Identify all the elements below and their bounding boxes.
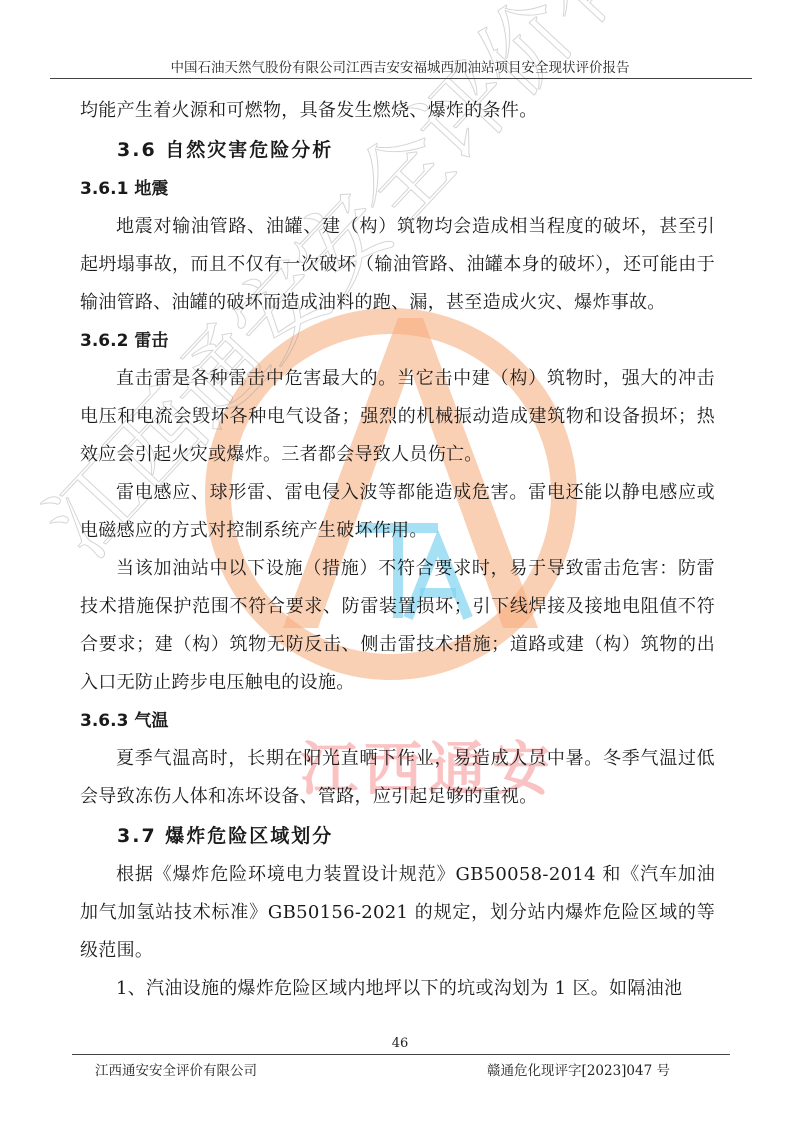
document-page: 江西通安安全评价有限公司 江西通安 中国石油天然气股份有限公司江西吉安安福城西加… [0, 0, 800, 1131]
paragraph-temperature: 夏季气温高时，长期在阳光直晒下作业，易造成人员中暑。冬季气温过低会导致冻伤人体和… [80, 740, 715, 816]
paragraph-lightning-facilities: 当该加油站中以下设施（措施）不符合要求时，易于导致雷击危害：防雷技术措施保护范围… [80, 550, 715, 702]
paragraph-lightning-direct: 直击雷是各种雷击中危害最大的。当它击中建（构）筑物时，强大的冲击电压和电流会毁坏… [80, 360, 715, 474]
section-heading-3-7: 3.7 爆炸危险区域划分 [80, 816, 715, 856]
paragraph-standards: 根据《爆炸危险环境电力装置设计规范》GB50058-2014 和《汽车加油加气加… [80, 856, 715, 970]
subsection-heading-3-6-3: 3.6.3 气温 [80, 702, 715, 740]
paragraph-lightning-induction: 雷电感应、球形雷、雷电侵入波等都能造成危害。雷电还能以静电感应或电磁感应的方式对… [80, 474, 715, 550]
section-heading-3-6: 3.6 自然灾害危险分析 [80, 130, 715, 170]
page-number: 46 [0, 1036, 800, 1051]
carryover-paragraph: 均能产生着火源和可燃物，具备发生燃烧、爆炸的条件。 [80, 92, 715, 130]
paragraph-earthquake: 地震对输油管路、油罐、建（构）筑物均会造成相当程度的破坏，甚至引起坍塌事故，而且… [80, 208, 715, 322]
document-body: 均能产生着火源和可燃物，具备发生燃烧、爆炸的条件。 3.6 自然灾害危险分析 3… [80, 92, 715, 1008]
paragraph-zone-1: 1、汽油设施的爆炸危险区域内地坪以下的坑或沟划为 1 区。如隔油池 [80, 970, 715, 1008]
header-divider [50, 78, 752, 79]
running-header: 中国石油天然气股份有限公司江西吉安安福城西加油站项目安全现状评价报告 [0, 56, 800, 76]
footer-company: 江西通安安全评价有限公司 [95, 1059, 257, 1079]
footer-doc-number: 赣通危化现评字[2023]047 号 [487, 1059, 670, 1079]
subsection-heading-3-6-1: 3.6.1 地震 [80, 170, 715, 208]
footer-divider [72, 1054, 730, 1055]
subsection-heading-3-6-2: 3.6.2 雷击 [80, 322, 715, 360]
